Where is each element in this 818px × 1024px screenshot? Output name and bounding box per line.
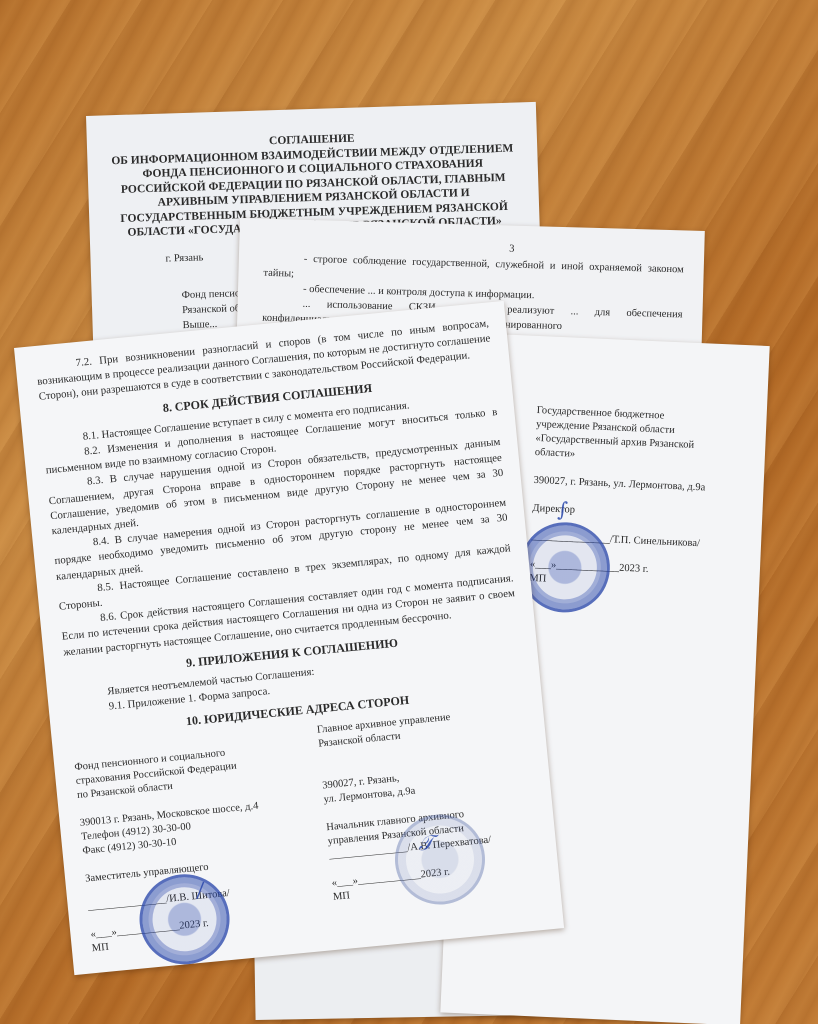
signature-scribble-icon: 𝒯 [417, 830, 435, 855]
page-number: 3 [509, 244, 515, 255]
agreement-main-page: 7.2. При возникновении разногласий и спо… [14, 301, 564, 975]
city-label: г. Рязань [165, 252, 203, 264]
signature-scribble-icon: ∫ [557, 497, 568, 521]
